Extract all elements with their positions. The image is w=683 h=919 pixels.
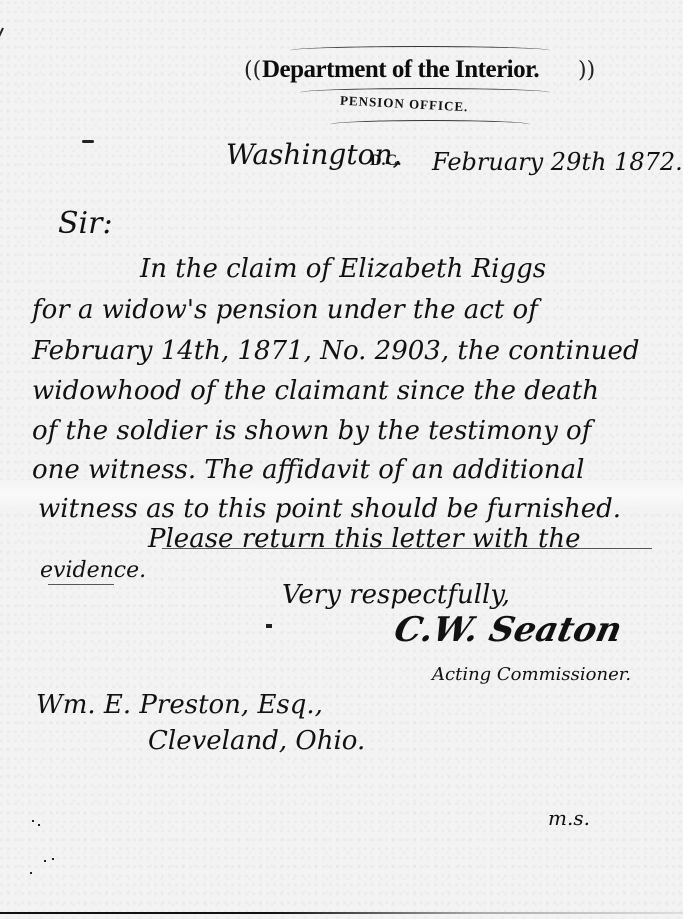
scan-speck — [30, 872, 32, 874]
letter-date: February 29th 1872. — [432, 148, 683, 176]
body-line: evidence. — [40, 558, 146, 583]
body-line: Please return this letter with the — [148, 524, 581, 554]
body-line: In the claim of Elizabeth Riggs — [140, 254, 546, 284]
signer-title: Acting Commissioner. — [432, 664, 631, 685]
body-line: of the soldier is shown by the testimony… — [32, 416, 591, 446]
clerk-initials: m.s. — [548, 806, 590, 830]
flourish-line-mid — [300, 88, 550, 97]
department-title: Department of the Interior. — [262, 56, 539, 84]
flourish-left-icon: (( — [244, 58, 261, 83]
salutation: Sir: — [58, 206, 113, 241]
scan-speck — [266, 624, 272, 628]
body-line: February 14th, 1871, No. 2903, the conti… — [32, 336, 639, 366]
scan-speck — [38, 824, 40, 826]
scan-speck — [52, 858, 54, 860]
flourish-line-bottom — [330, 120, 530, 129]
signature: C.W. Seaton — [391, 610, 626, 650]
underline-rule — [48, 584, 114, 585]
body-line: witness as to this point should be furni… — [38, 494, 621, 524]
scan-speck — [32, 820, 34, 822]
flourish-line-top — [290, 46, 550, 55]
body-line: for a widow's pension under the act of — [32, 295, 538, 325]
dc-label: D.C. — [370, 152, 401, 170]
flourish-right-icon: )) — [578, 58, 595, 83]
body-line: one witness. The affidavit of an additio… — [32, 455, 584, 485]
underline-rule — [162, 548, 652, 549]
margin-dash — [82, 140, 94, 143]
document-page: (( Department of the Interior. )) PENSIO… — [0, 0, 683, 919]
body-line: widowhood of the claimant since the deat… — [32, 376, 599, 406]
closing: Very respectfully, — [282, 580, 510, 610]
addressee-name: Wm. E. Preston, Esq., — [36, 690, 323, 720]
addressee-city: Cleveland, Ohio. — [148, 726, 365, 756]
scan-speck — [44, 860, 46, 862]
scan-edge — [0, 912, 683, 914]
margin-check-mark — [0, 28, 4, 83]
